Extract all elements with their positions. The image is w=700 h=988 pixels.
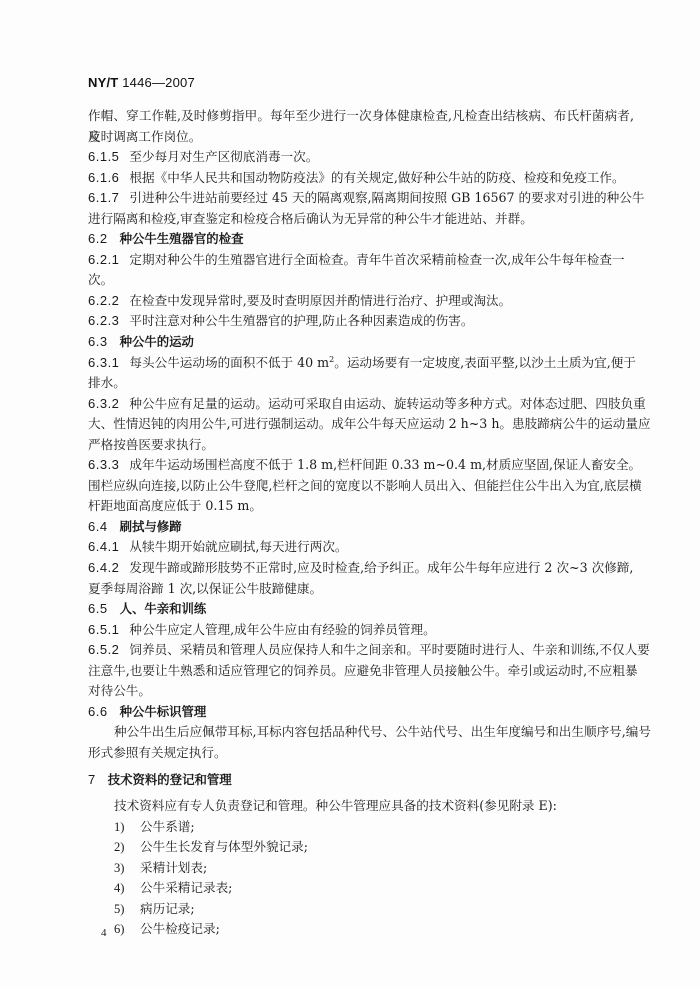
clause-text: 。运动场要有一定坡度,表面平整,以沙土土质为宜,便于 (334, 355, 636, 370)
clause-text: 至少每月对生产区彻底消毒一次。 (129, 149, 318, 164)
clause-6-3-1-cont: 排水。 (88, 373, 634, 394)
clause-text: 平时注意对种公牛生殖器官的护理,防止各种因素造成的伤害。 (129, 313, 473, 328)
clause-6-6-cont: 形式参照有关规定执行。 (88, 743, 634, 764)
standard-number: 1446—2007 (122, 75, 195, 90)
section-number: 6.6 (88, 702, 108, 723)
paragraph-continuation: 及时调离工作岗位。 (88, 127, 634, 148)
clause-text: 每头公牛运动场的面积不低于 40 m (129, 355, 329, 370)
list-item: 2)公牛生长发育与体型外貌记录; (88, 837, 634, 858)
clause-text: 发现牛蹄或蹄形肢势不正常时,应及时检查,给予纠正。成年公牛每年应进行 2 次~3… (129, 560, 633, 575)
clause-text: 种公牛应有足量的运动。运动可采取自由运动、旋转运动等多种方式。对体态过肥、四肢负… (129, 396, 645, 411)
section-title: 种公牛生殖器官的检查 (120, 231, 244, 246)
clause-6-3-3-cont: 杆距地面高度应低于 0.15 m。 (88, 496, 634, 517)
list-item: 5)病历记录; (88, 899, 634, 920)
section-heading-6-4: 6.4刷拭与修蹄 (88, 517, 634, 538)
section-title: 技术资料的登记和管理 (108, 772, 232, 787)
section-title: 种公牛标识管理 (120, 704, 207, 719)
section-number: 6.3 (88, 332, 108, 353)
list-item: 4)公牛采精记录表; (88, 878, 634, 899)
clause-6-6-text: 种公牛出生后应佩带耳标,耳标内容包括品种代号、公牛站代号、出生年度编号和出生顺序… (88, 722, 634, 743)
section-heading-6-3: 6.3种公牛的运动 (88, 332, 634, 353)
section-number: 7 (88, 770, 96, 791)
clause-text: 引进种公牛进站前要经过 45 天的隔离观察,隔离期间按照 GB 16567 的要… (129, 190, 644, 205)
clause-number: 6.1.6 (88, 168, 119, 189)
clause-number: 6.5.1 (88, 620, 119, 641)
list-item-text: 公牛系谱; (140, 819, 195, 834)
clause-6-2-2: 6.2.2在检查中发现异常时,要及时查明原因并酌情进行治疗、护理或淘汰。 (88, 291, 634, 312)
clause-6-1-7: 6.1.7引进种公牛进站前要经过 45 天的隔离观察,隔离期间按照 GB 165… (88, 188, 634, 209)
clause-number: 6.2.2 (88, 291, 119, 312)
list-item-text: 病历记录; (140, 901, 195, 916)
document-page: NY/T 1446—2007 作帽、穿工作鞋,及时修剪指甲。每年至少进行一次身体… (0, 0, 700, 988)
clause-6-1-6: 6.1.6根据《中华人民共和国动物防疫法》的有关规定,做好种公牛站的防疫、检疫和… (88, 168, 634, 189)
list-item-text: 公牛生长发育与体型外貌记录; (140, 839, 308, 854)
page-number: 4 (101, 927, 107, 939)
section-7-intro: 技术资料应有专人负责登记和管理。种公牛管理应具备的技术资料(参见附录 E): (88, 796, 634, 817)
clause-text: 根据《中华人民共和国动物防疫法》的有关规定,做好种公牛站的防疫、检疫和免疫工作。 (129, 170, 624, 185)
clause-6-3-3-cont: 围栏应纵向连接,以防止公牛登爬,栏杆之间的宽度以不影响人员出入、但能拦住公牛出入… (88, 476, 634, 497)
clause-number: 6.4.2 (88, 558, 119, 579)
standard-header: NY/T 1446—2007 (88, 75, 195, 90)
clause-6-5-2-cont: 对待公牛。 (88, 681, 634, 702)
list-item-number: 1) (114, 817, 140, 838)
section-title: 种公牛的运动 (120, 334, 194, 349)
section-title: 人、牛亲和训练 (120, 601, 207, 616)
list-item-number: 4) (114, 878, 140, 899)
section-number: 6.5 (88, 599, 108, 620)
clause-6-5-2: 6.5.2饲养员、采精员和管理人员应保持人和牛之间亲和。平时要随时进行人、牛亲和… (88, 640, 634, 661)
clause-text: 从犊牛期开始就应刷拭,每天进行两次。 (129, 539, 347, 554)
clause-text: 种公牛应定人管理,成年公牛应由有经验的饲养员管理。 (129, 622, 435, 637)
clause-text: 在检查中发现异常时,要及时查明原因并酌情进行治疗、护理或淘汰。 (129, 293, 511, 308)
clause-text: 成年牛运动场围栏高度不低于 1.8 m,栏杆间距 0.33 m~0.4 m,材质… (129, 457, 641, 472)
section-heading-6-6: 6.6种公牛标识管理 (88, 702, 634, 723)
section-heading-7: 7技术资料的登记和管理 (88, 770, 634, 791)
list-item-number: 3) (114, 858, 140, 879)
clause-text: 饲养员、采精员和管理人员应保持人和牛之间亲和。平时要随时进行人、牛亲和训练,不仅… (129, 642, 649, 657)
clause-6-5-1: 6.5.1种公牛应定人管理,成年公牛应由有经验的饲养员管理。 (88, 620, 634, 641)
standard-code: NY/T (88, 75, 118, 90)
list-item-number: 2) (114, 837, 140, 858)
section-number: 6.2 (88, 229, 108, 250)
list-item: 3)采精计划表; (88, 858, 634, 879)
clause-6-3-2-cont: 严格按兽医要求执行。 (88, 435, 634, 456)
list-item: 6)公牛检疫记录; (88, 919, 634, 940)
section-title: 刷拭与修蹄 (120, 519, 182, 534)
document-body: 作帽、穿工作鞋,及时修剪指甲。每年至少进行一次身体健康检查,凡检查出结核病、布氏… (88, 106, 634, 940)
clause-6-2-1-cont: 次。 (88, 270, 634, 291)
section-heading-6-2: 6.2种公牛生殖器官的检查 (88, 229, 634, 250)
clause-6-4-2: 6.4.2发现牛蹄或蹄形肢势不正常时,应及时检查,给予纠正。成年公牛每年应进行 … (88, 558, 634, 579)
clause-6-4-2-cont: 夏季每周浴蹄 1 次,以保证公牛肢蹄健康。 (88, 579, 634, 600)
clause-number: 6.2.1 (88, 250, 119, 271)
clause-number: 6.5.2 (88, 640, 119, 661)
clause-6-3-3: 6.3.3成年牛运动场围栏高度不低于 1.8 m,栏杆间距 0.33 m~0.4… (88, 455, 634, 476)
clause-number: 6.2.3 (88, 311, 119, 332)
paragraph-continuation: 作帽、穿工作鞋,及时修剪指甲。每年至少进行一次身体健康检查,凡检查出结核病、布氏… (88, 106, 634, 127)
clause-number: 6.1.7 (88, 188, 119, 209)
clause-6-2-1: 6.2.1定期对种公牛的生殖器官进行全面检查。青年牛首次采精前检查一次,成年公牛… (88, 250, 634, 271)
clause-6-2-3: 6.2.3平时注意对种公牛生殖器官的护理,防止各种因素造成的伤害。 (88, 311, 634, 332)
list-item-number: 6) (114, 919, 140, 940)
section-number: 6.4 (88, 517, 108, 538)
list-item-text: 公牛检疫记录; (140, 921, 220, 936)
list-item-number: 5) (114, 899, 140, 920)
clause-6-5-2-cont: 注意牛,也要让牛熟悉和适应管理它的饲养员。应避免非管理人员接触公牛。牵引或运动时… (88, 661, 634, 682)
list-item: 1)公牛系谱; (88, 817, 634, 838)
clause-6-1-7-cont: 进行隔离和检疫,审查鉴定和检疫合格后确认为无异常的种公牛才能进站、并群。 (88, 209, 634, 230)
clause-number: 6.1.5 (88, 147, 119, 168)
clause-6-3-2-cont: 大、性情迟钝的肉用公牛,可进行强制运动。成年公牛每天应运动 2 h~3 h。患肢… (88, 414, 634, 435)
clause-6-1-5: 6.1.5至少每月对生产区彻底消毒一次。 (88, 147, 634, 168)
clause-number: 6.4.1 (88, 537, 119, 558)
clause-6-3-1: 6.3.1每头公牛运动场的面积不低于 40 m2。运动场要有一定坡度,表面平整,… (88, 353, 634, 374)
clause-6-3-2: 6.3.2种公牛应有足量的运动。运动可采取自由运动、旋转运动等多种方式。对体态过… (88, 394, 634, 415)
clause-number: 6.3.3 (88, 455, 119, 476)
clause-text: 定期对种公牛的生殖器官进行全面检查。青年牛首次采精前检查一次,成年公牛每年检查一 (129, 252, 624, 267)
list-item-text: 公牛采精记录表; (140, 880, 232, 895)
list-item-text: 采精计划表; (140, 860, 207, 875)
clause-number: 6.3.2 (88, 394, 119, 415)
clause-6-4-1: 6.4.1从犊牛期开始就应刷拭,每天进行两次。 (88, 537, 634, 558)
section-heading-6-5: 6.5人、牛亲和训练 (88, 599, 634, 620)
clause-number: 6.3.1 (88, 353, 119, 374)
